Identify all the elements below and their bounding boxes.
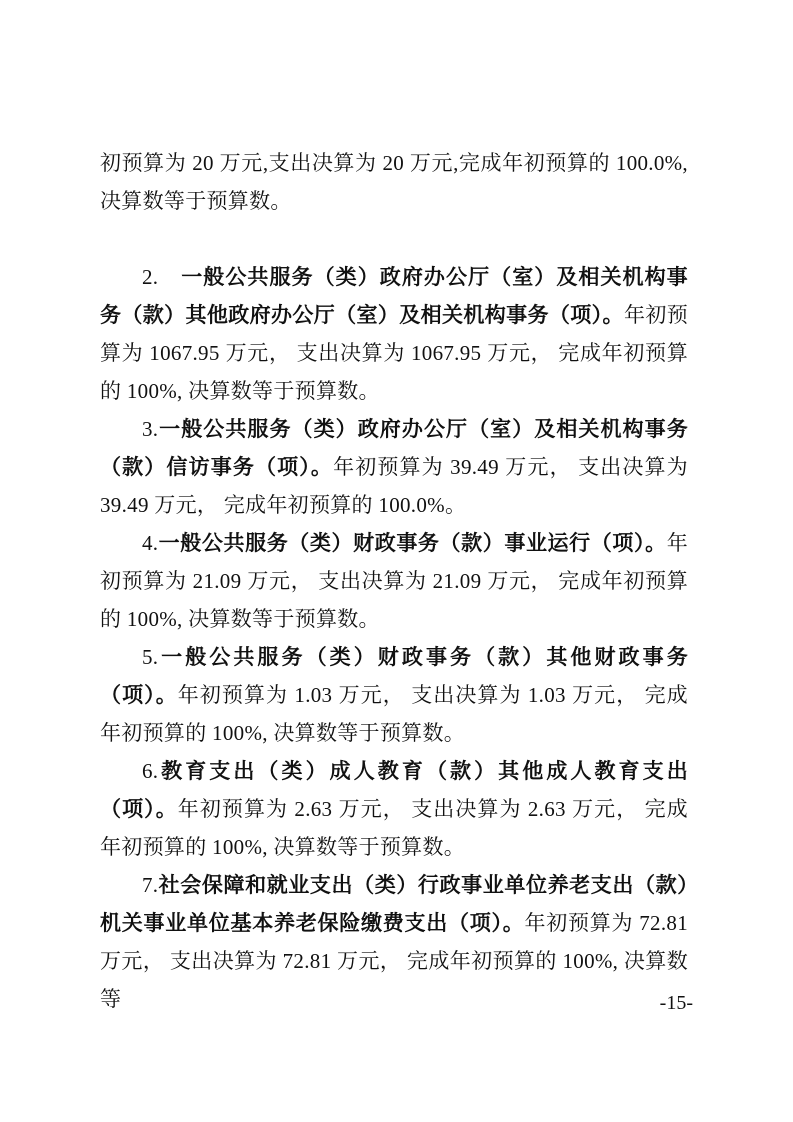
paragraph-number: 4.: [142, 531, 158, 555]
paragraph-title: 一般公共服务（类）财政事务（款）事业运行（项）。: [158, 531, 666, 555]
paragraph-7: 7.社会保障和就业支出（类）行政事业单位养老支出（款）机关事业单位基本养老保险缴…: [100, 866, 688, 1018]
paragraph-3: 3.一般公共服务（类）政府办公厅（室）及相关机构事务（款）信访事务（项）。年初预…: [100, 410, 688, 524]
paragraph-number: 3.: [142, 417, 158, 441]
paragraph-6: 6.教育支出（类）成人教育（款）其他成人教育支出（项）。年初预算为 2.63 万…: [100, 752, 688, 866]
page-number: -15-: [660, 992, 693, 1014]
paragraph-body: 年初预算为 1.03 万元， 支出决算为 1.03 万元， 完成年初预算的 10…: [100, 683, 688, 745]
paragraph-1-continuation: 初预算为 20 万元,支出决算为 20 万元,完成年初预算的 100.0%,决算…: [100, 144, 688, 220]
document-body: 初预算为 20 万元,支出决算为 20 万元,完成年初预算的 100.0%,决算…: [100, 144, 688, 1018]
paragraph-2: 2. 一般公共服务（类）政府办公厅（室）及相关机构事务（款）其他政府办公厅（室）…: [100, 258, 688, 410]
paragraph-number: 2.: [142, 265, 181, 289]
paragraph-body: 年初预算为 2.63 万元， 支出决算为 2.63 万元， 完成年初预算的 10…: [100, 797, 688, 859]
paragraph-number: 7.: [142, 873, 158, 897]
paragraph-number: 5.: [142, 645, 158, 669]
paragraph-number: 6.: [142, 759, 158, 783]
paragraph-body: 初预算为 20 万元,支出决算为 20 万元,完成年初预算的 100.0%,决算…: [100, 151, 688, 213]
paragraph-title: 一般公共服务（类）政府办公厅（室）及相关机构事务（款）其他政府办公厅（室）及相关…: [100, 265, 688, 327]
paragraph-5: 5.一般公共服务（类）财政事务（款）其他财政事务（项）。年初预算为 1.03 万…: [100, 638, 688, 752]
paragraph-4: 4.一般公共服务（类）财政事务（款）事业运行（项）。年初预算为 21.09 万元…: [100, 524, 688, 638]
document-page: 初预算为 20 万元,支出决算为 20 万元,完成年初预算的 100.0%,决算…: [0, 0, 793, 1122]
